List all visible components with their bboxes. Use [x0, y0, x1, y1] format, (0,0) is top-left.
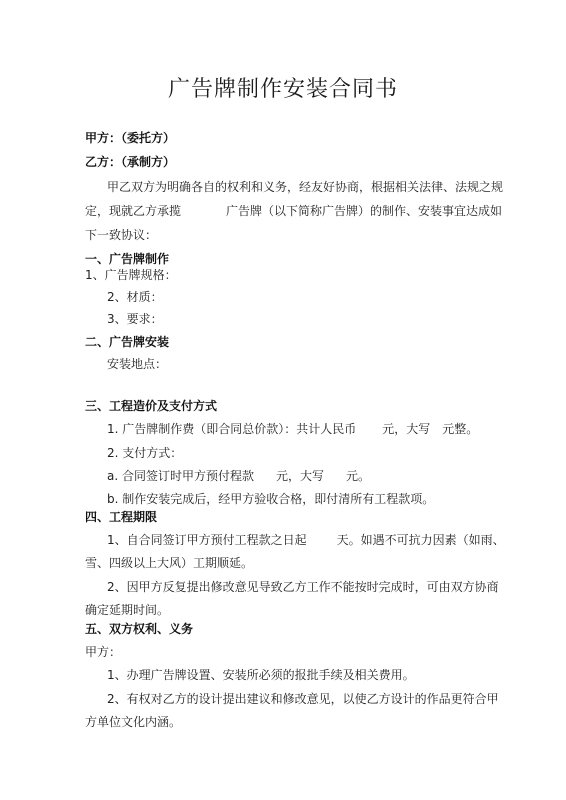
section-3-item-2: 2. 支付方式：	[107, 446, 182, 460]
section-3-heading: 三、工程造价及支付方式	[85, 399, 217, 413]
intro-line-3: 下一致协议：	[85, 228, 157, 242]
section-4-item-1: 1、自合同签订甲方预付工程款之日起天。如遇不可抗力因素（如雨、	[107, 533, 505, 547]
section-5-item-1: 1、办理广告牌设置、安装所必须的报批手续及相关费用。	[107, 668, 415, 682]
section-4-item-1-part-2: 天。如遇不可抗力因素（如雨、	[337, 533, 505, 547]
intro-line-2-part-1: 定，现就乙方承揽	[85, 204, 181, 218]
section-1-item-3: 3、要求：	[107, 312, 163, 326]
section-2-item-1: 安装地点：	[107, 357, 167, 371]
section-3-item-a-part-1: a. 合同签订时甲方预付程款	[107, 469, 254, 483]
section-4-item-2: 2、因甲方反复提出修改意见导致乙方工作不能按时完成时，可由双方协商	[107, 580, 499, 594]
section-4-item-1-part-1: 1、自合同签订甲方预付工程款之日起	[107, 533, 307, 547]
intro-line-2: 定，现就乙方承揽广告牌（以下简称广告牌）的制作、安装事宜达成如	[85, 204, 502, 218]
section-3-item-1-part-1: 1. 广告牌制作费（即合同总价款）：共计人民币	[107, 422, 356, 436]
section-1-heading: 一、广告牌制作	[85, 252, 169, 266]
section-3-item-a-part-2: 元，大写	[276, 469, 324, 483]
intro-line-2-part-2: 广告牌（以下简称广告牌）的制作、安装事宜达成如	[226, 204, 502, 218]
section-5-heading: 五、双方权利、义务	[85, 622, 193, 636]
section-3-item-1: 1. 广告牌制作费（即合同总价款）：共计人民币元，大写元整。	[107, 422, 478, 436]
intro-line-1: 甲乙双方为明确各自的权利和义务，经友好协商，根据相关法律、法规之规	[107, 180, 503, 194]
section-4-item-2-cont: 确定延期时间。	[85, 603, 169, 617]
section-5-sub: 甲方：	[85, 645, 121, 659]
party-a-label: 甲方：（委托方）	[85, 131, 175, 145]
section-3-item-a-part-3: 元。	[346, 469, 370, 483]
section-3-item-a: a. 合同签订时甲方预付程款元，大写元。	[107, 469, 370, 483]
section-3-item-b: b. 制作安装完成后，经甲方验收合格，即付清所有工程款项。	[107, 492, 434, 506]
party-b-label: 乙方：（承制方）	[85, 155, 175, 169]
section-5-item-2: 2、有权对乙方的设计提出建议和修改意见，以使乙方设计的作品更符合甲	[107, 692, 499, 706]
document-title: 广告牌制作安装合同书	[0, 72, 566, 103]
section-1-item-2: 2、材质：	[107, 290, 163, 304]
section-4-heading: 四、工程期限	[85, 510, 157, 524]
section-1-item-1: 1、广告牌规格：	[85, 268, 177, 282]
document-page: 广告牌制作安装合同书 甲方：（委托方） 乙方：（承制方） 甲乙双方为明确各自的权…	[0, 0, 566, 800]
section-3-item-1-part-2: 元，大写	[382, 422, 430, 436]
section-2-heading: 二、广告牌安装	[85, 335, 169, 349]
section-4-item-1-cont: 雪、四级以上大风）工期顺延。	[85, 556, 253, 570]
section-5-item-2-cont: 方单位文化内涵。	[85, 715, 181, 729]
section-3-item-1-part-3: 元整。	[442, 422, 478, 436]
